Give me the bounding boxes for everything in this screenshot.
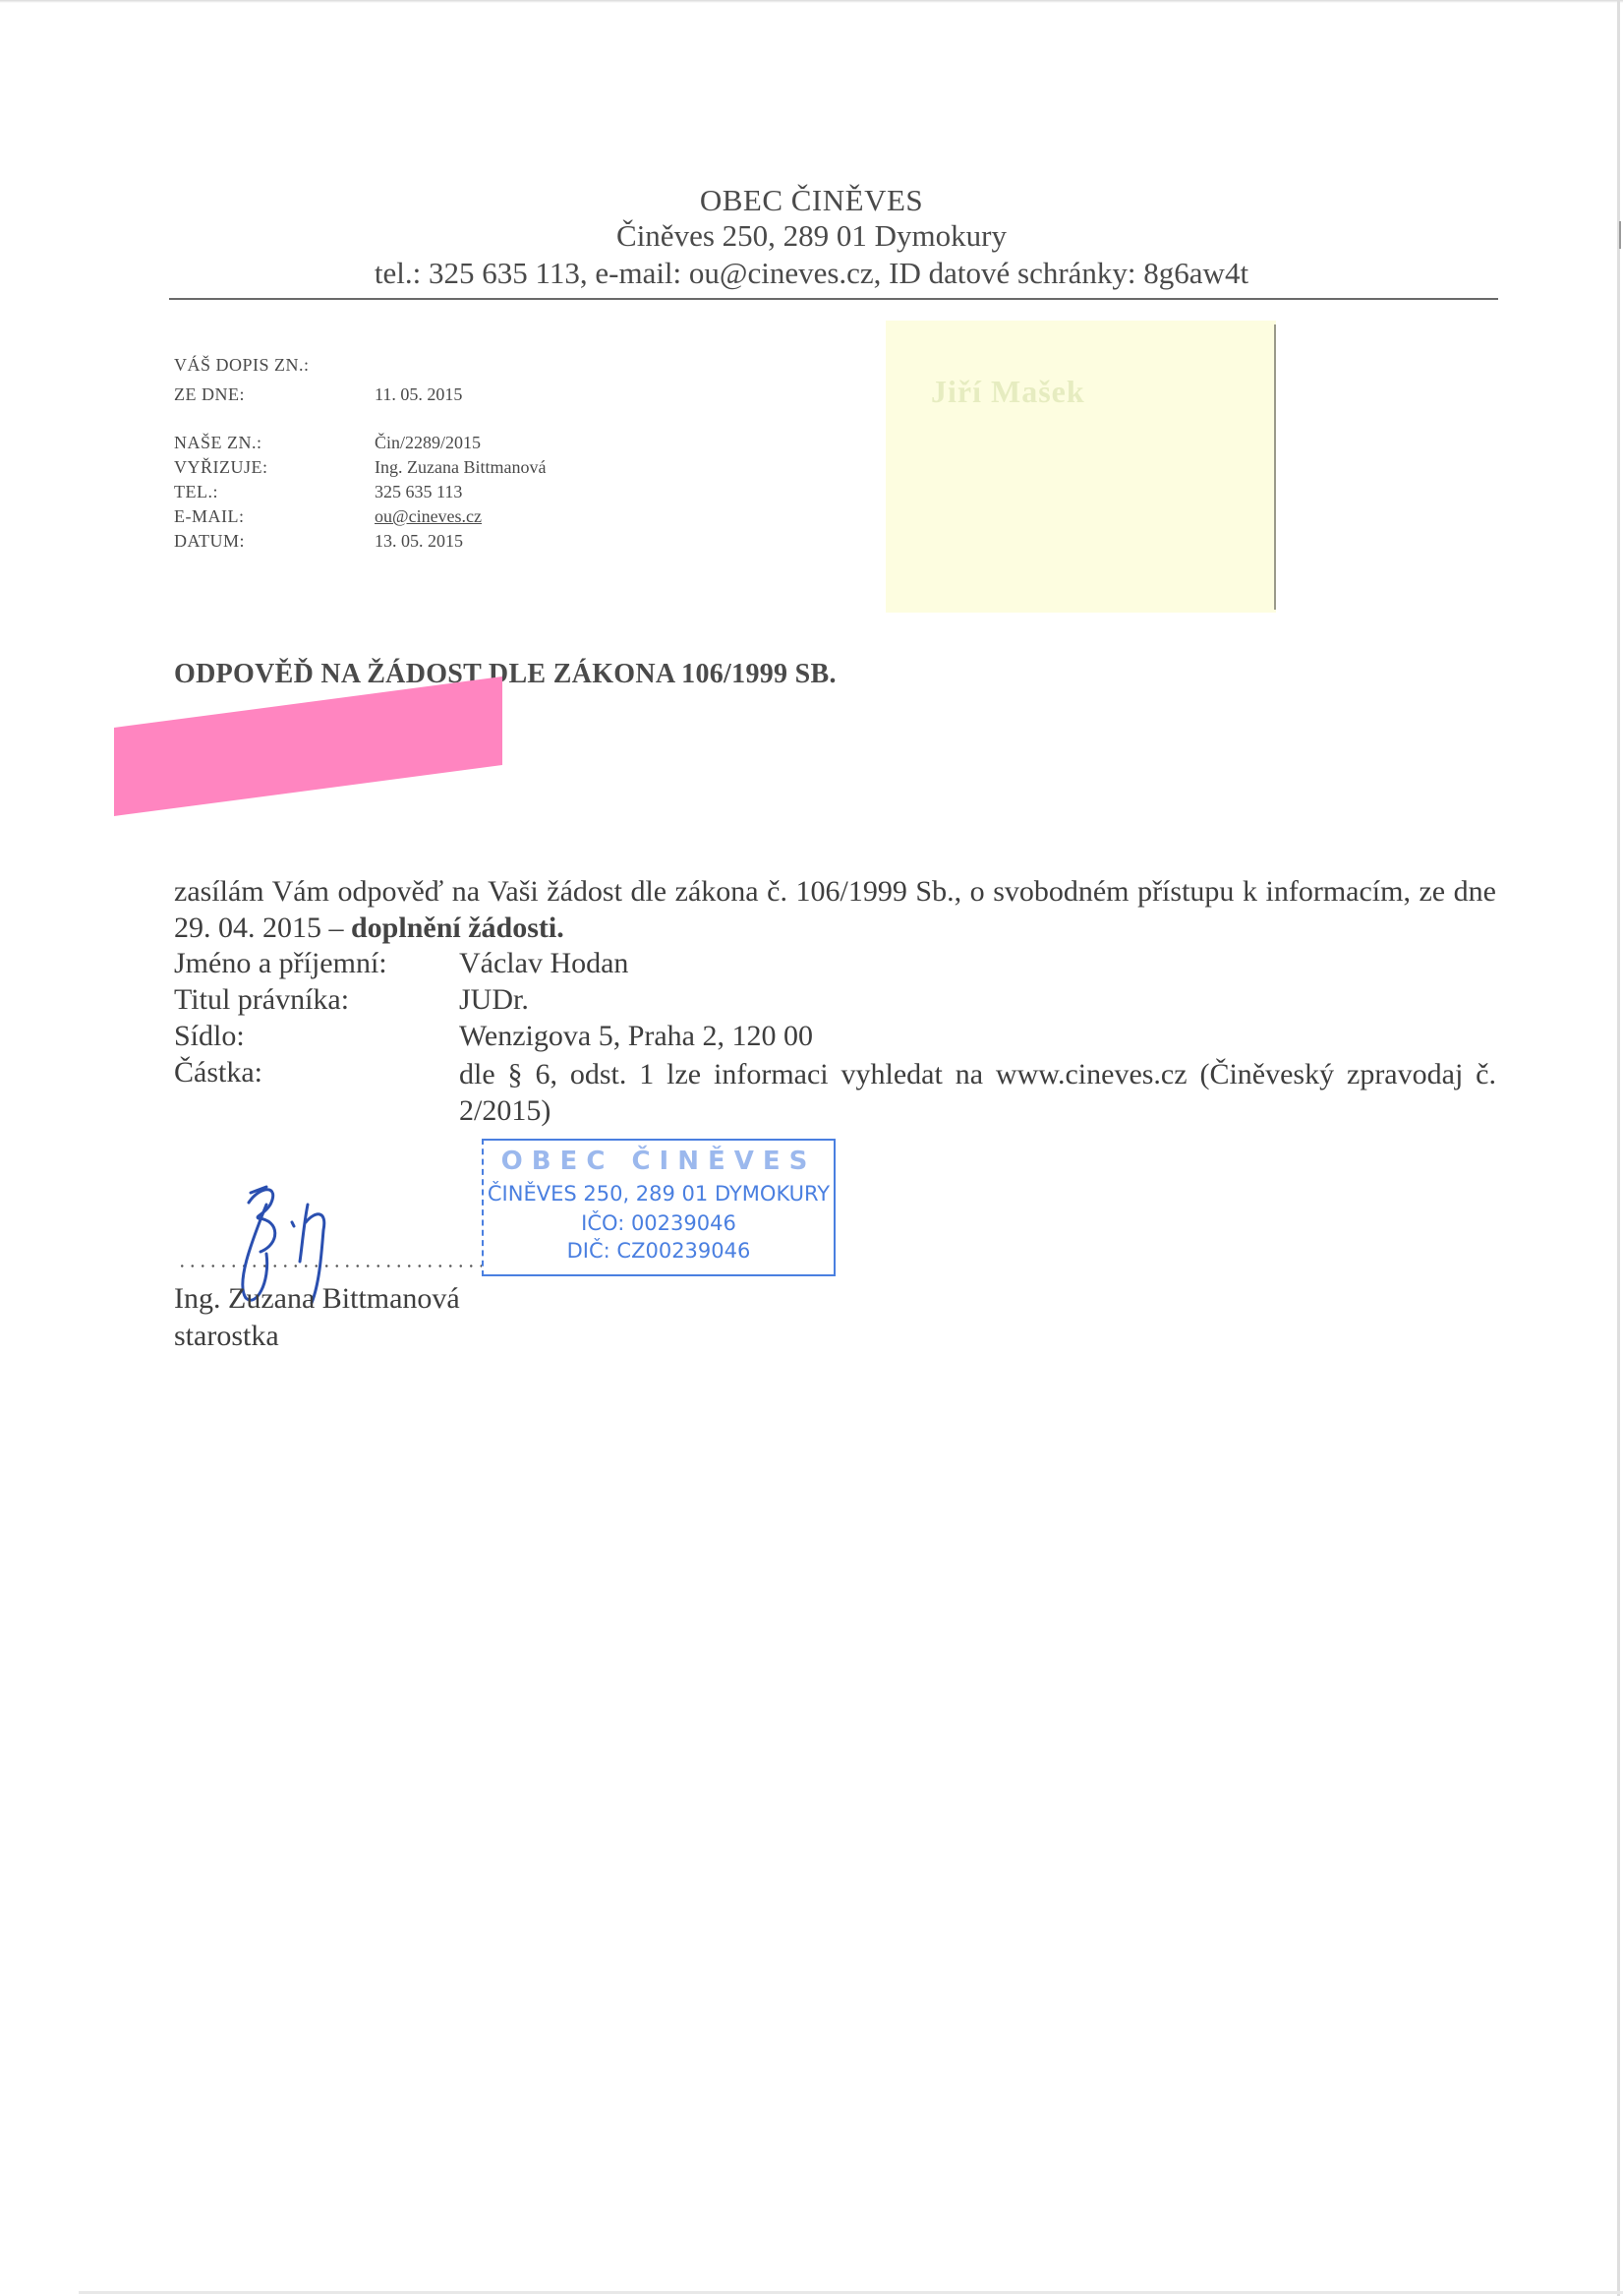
field-label: Jméno a příjemní: bbox=[174, 947, 387, 980]
field-label: Titul právníka: bbox=[174, 983, 349, 1017]
letterhead-divider bbox=[169, 298, 1498, 300]
reference-label: VÁŠ DOPIS ZN.: bbox=[174, 355, 310, 376]
scan-bottom-edge bbox=[79, 2291, 1623, 2294]
field-value: Václav Hodan bbox=[459, 947, 628, 980]
sticky-note-edge bbox=[1274, 324, 1276, 610]
scan-right-edge bbox=[1617, 0, 1620, 2296]
reference-value: 325 635 113 bbox=[375, 482, 462, 502]
stamp-title: OBEC ČINĚVES bbox=[484, 1147, 834, 1176]
letterhead-title: OBEC ČINĚVES bbox=[0, 183, 1623, 218]
field-label: Částka: bbox=[174, 1056, 262, 1089]
field-label: Sídlo: bbox=[174, 1020, 245, 1053]
stamp-dic: DIČ: CZ00239046 bbox=[484, 1239, 834, 1263]
reference-label: TEL.: bbox=[174, 482, 218, 502]
official-stamp: OBEC ČINĚVES ČINĚVES 250, 289 01 DYMOKUR… bbox=[482, 1139, 836, 1276]
reference-value: Čin/2289/2015 bbox=[375, 433, 481, 453]
sticky-note bbox=[886, 321, 1276, 613]
body-intro-bold: doplnění žádosti. bbox=[351, 912, 564, 944]
reference-value: 11. 05. 2015 bbox=[375, 384, 462, 405]
scan-top-edge bbox=[0, 0, 1623, 3]
reference-label: VYŘIZUJE: bbox=[174, 457, 268, 478]
reference-label: NAŠE ZN.: bbox=[174, 433, 262, 453]
signer-name: Ing. Zuzana Bittmanová bbox=[174, 1282, 460, 1316]
reference-label: E-MAIL: bbox=[174, 506, 244, 527]
body-intro: zasílám Vám odpověď na Vaši žádost dle z… bbox=[174, 873, 1496, 946]
signer-role: starostka bbox=[174, 1320, 279, 1353]
field-value: dle § 6, odst. 1 lze informaci vyhledat … bbox=[459, 1056, 1496, 1129]
reference-value: 13. 05. 2015 bbox=[375, 531, 463, 552]
reference-label: ZE DNE: bbox=[174, 384, 245, 405]
field-value: JUDr. bbox=[459, 983, 529, 1017]
stamp-ico: IČO: 00239046 bbox=[484, 1211, 834, 1235]
letterhead-contact: tel.: 325 635 113, e-mail: ou@cineves.cz… bbox=[0, 256, 1623, 291]
reference-value: Ing. Zuzana Bittmanová bbox=[375, 457, 546, 478]
letterhead-address: Činěves 250, 289 01 Dymokury bbox=[0, 218, 1623, 254]
email-link[interactable]: ou@cineves.cz bbox=[375, 506, 482, 527]
stamp-address: ČINĚVES 250, 289 01 DYMOKURY bbox=[484, 1182, 834, 1206]
reference-label: DATUM: bbox=[174, 531, 245, 552]
sticky-note-faded-text: Jiří Mašek bbox=[931, 374, 1085, 410]
redaction-block bbox=[114, 677, 502, 816]
field-value: Wenzigova 5, Praha 2, 120 00 bbox=[459, 1020, 813, 1053]
letter-subject: ODPOVĚĎ NA ŽÁDOST DLE ZÁKONA 106/1999 SB… bbox=[174, 659, 837, 690]
